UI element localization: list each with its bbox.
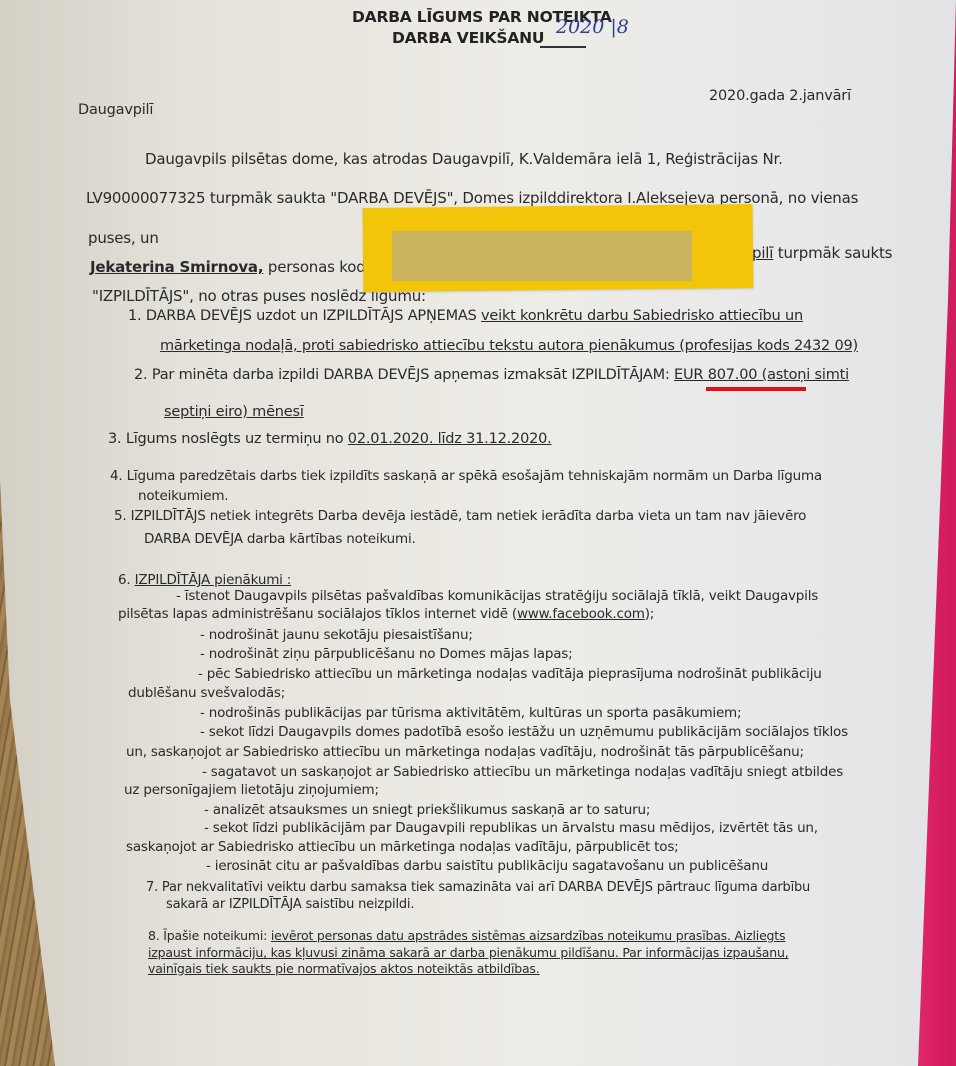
intro-line-4-end: pilī turpmāk saukts xyxy=(752,244,892,262)
clause-6-item: - nodrošināt jaunu sekotāju piesaistīšan… xyxy=(200,627,473,643)
clause-8-line-3: vainīgais tiek saukts pie normatīvajos a… xyxy=(148,961,540,976)
clause-1-line-1: 1. DARBA DEVĒJS uzdot un IZPILDĪTĀJS APŅ… xyxy=(128,308,803,324)
clause-6-item: - sekot līdzi publikācijām par Daugavpil… xyxy=(204,820,818,836)
clause-6-item: - nodrošinās publikācijas par tūrisma ak… xyxy=(200,705,741,721)
clause-6-item: - pēc Sabiedrisko attiecību un mārketing… xyxy=(198,666,822,682)
clause-8-line-2: izpaust informāciju, kas kļuvusi zināma … xyxy=(148,945,788,960)
intro-line-3: puses, un xyxy=(88,229,159,247)
facebook-link[interactable]: www.facebook.com xyxy=(517,606,645,622)
clause-5-line-1: 5. IZPILDĪTĀJS netiek integrēts Darba de… xyxy=(114,508,806,524)
clause-1-line-2: mārketinga nodaļā, proti sabiedrisko att… xyxy=(160,338,858,354)
clause-4-line-2: noteikumiem. xyxy=(138,488,228,504)
handwritten-contract-number: 2020 |8 xyxy=(556,16,629,38)
clause-5-line-2: DARBA DEVĒJA darba kārtības noteikumi. xyxy=(144,531,416,547)
clause-2-line-2: septiņi eiro) mēnesī xyxy=(164,404,304,420)
clause-6-item: - sagatavot un saskaņojot ar Sabiedrisko… xyxy=(202,764,843,780)
contract-document: DARBA LĪGUMS PAR NOTEIKTA DARBA VEIKŠANU… xyxy=(0,0,956,1066)
clause-6-item: - nodrošināt ziņu pārpublicēšanu no Dome… xyxy=(200,646,573,662)
intro-line-1: Daugavpils pilsētas dome, kas atrodas Da… xyxy=(145,150,783,168)
clause-6-item: uz personīgajiem lietotāju ziņojumiem; xyxy=(124,782,379,798)
title-number-underline xyxy=(540,46,586,48)
contract-place: Daugavpilī xyxy=(78,102,153,118)
clause-3: 3. Līgums noslēgts uz termiņu no 02.01.2… xyxy=(108,431,552,447)
clause-6-item: - ierosināt citu ar pašvaldības darbu sa… xyxy=(206,858,768,874)
clause-6-heading: 6. IZPILDĪTĀJA pienākumi : xyxy=(118,572,291,588)
clause-7-line-2: sakarā ar IZPILDĪTĀJA saistību neizpildi… xyxy=(166,897,414,912)
clause-6-item: - analizēt atsauksmes un sniegt priekšli… xyxy=(204,802,650,818)
salary-red-highlight-line xyxy=(706,387,806,391)
clause-6-item: pilsētas lapas administrēšanu sociālajos… xyxy=(118,606,654,622)
document-title-line-2: DARBA VEIKŠANU xyxy=(392,29,544,47)
clause-6-item: un, saskaņojot ar Sabiedrisko attiecību … xyxy=(126,744,804,760)
clause-6-item: dublēšanu svešvalodās; xyxy=(128,685,285,701)
clause-2-line-1: 2. Par minēta darba izpildi DARBA DEVĒJS… xyxy=(134,367,849,383)
redacted-personal-code xyxy=(392,231,692,281)
clause-6-item: saskaņojot ar Sabiedrisko attiecību un m… xyxy=(126,839,679,855)
clause-6-item: - īstenot Daugavpils pilsētas pašvaldība… xyxy=(176,588,818,604)
contract-date: 2020.gada 2.janvārī xyxy=(709,88,851,104)
contract-period: 02.01.2020. līdz 31.12.2020. xyxy=(348,431,552,447)
clause-6-item: - sekot līdzi Daugavpils domes padotībā … xyxy=(200,724,848,740)
clause-8-line-1: 8. Īpašie noteikumi: ievērot personas da… xyxy=(148,928,785,943)
salary-amount: EUR 807.00 (astoņi simti xyxy=(674,367,849,383)
contractor-name: Jekaterina Smirnova, xyxy=(90,258,263,276)
intro-line-4: Jekaterina Smirnova, personas kods xyxy=(90,258,373,276)
clause-7-line-1: 7. Par nekvalitatīvi veiktu darbu samaks… xyxy=(146,880,810,895)
clause-4-line-1: 4. Līguma paredzētais darbs tiek izpildī… xyxy=(110,468,822,484)
